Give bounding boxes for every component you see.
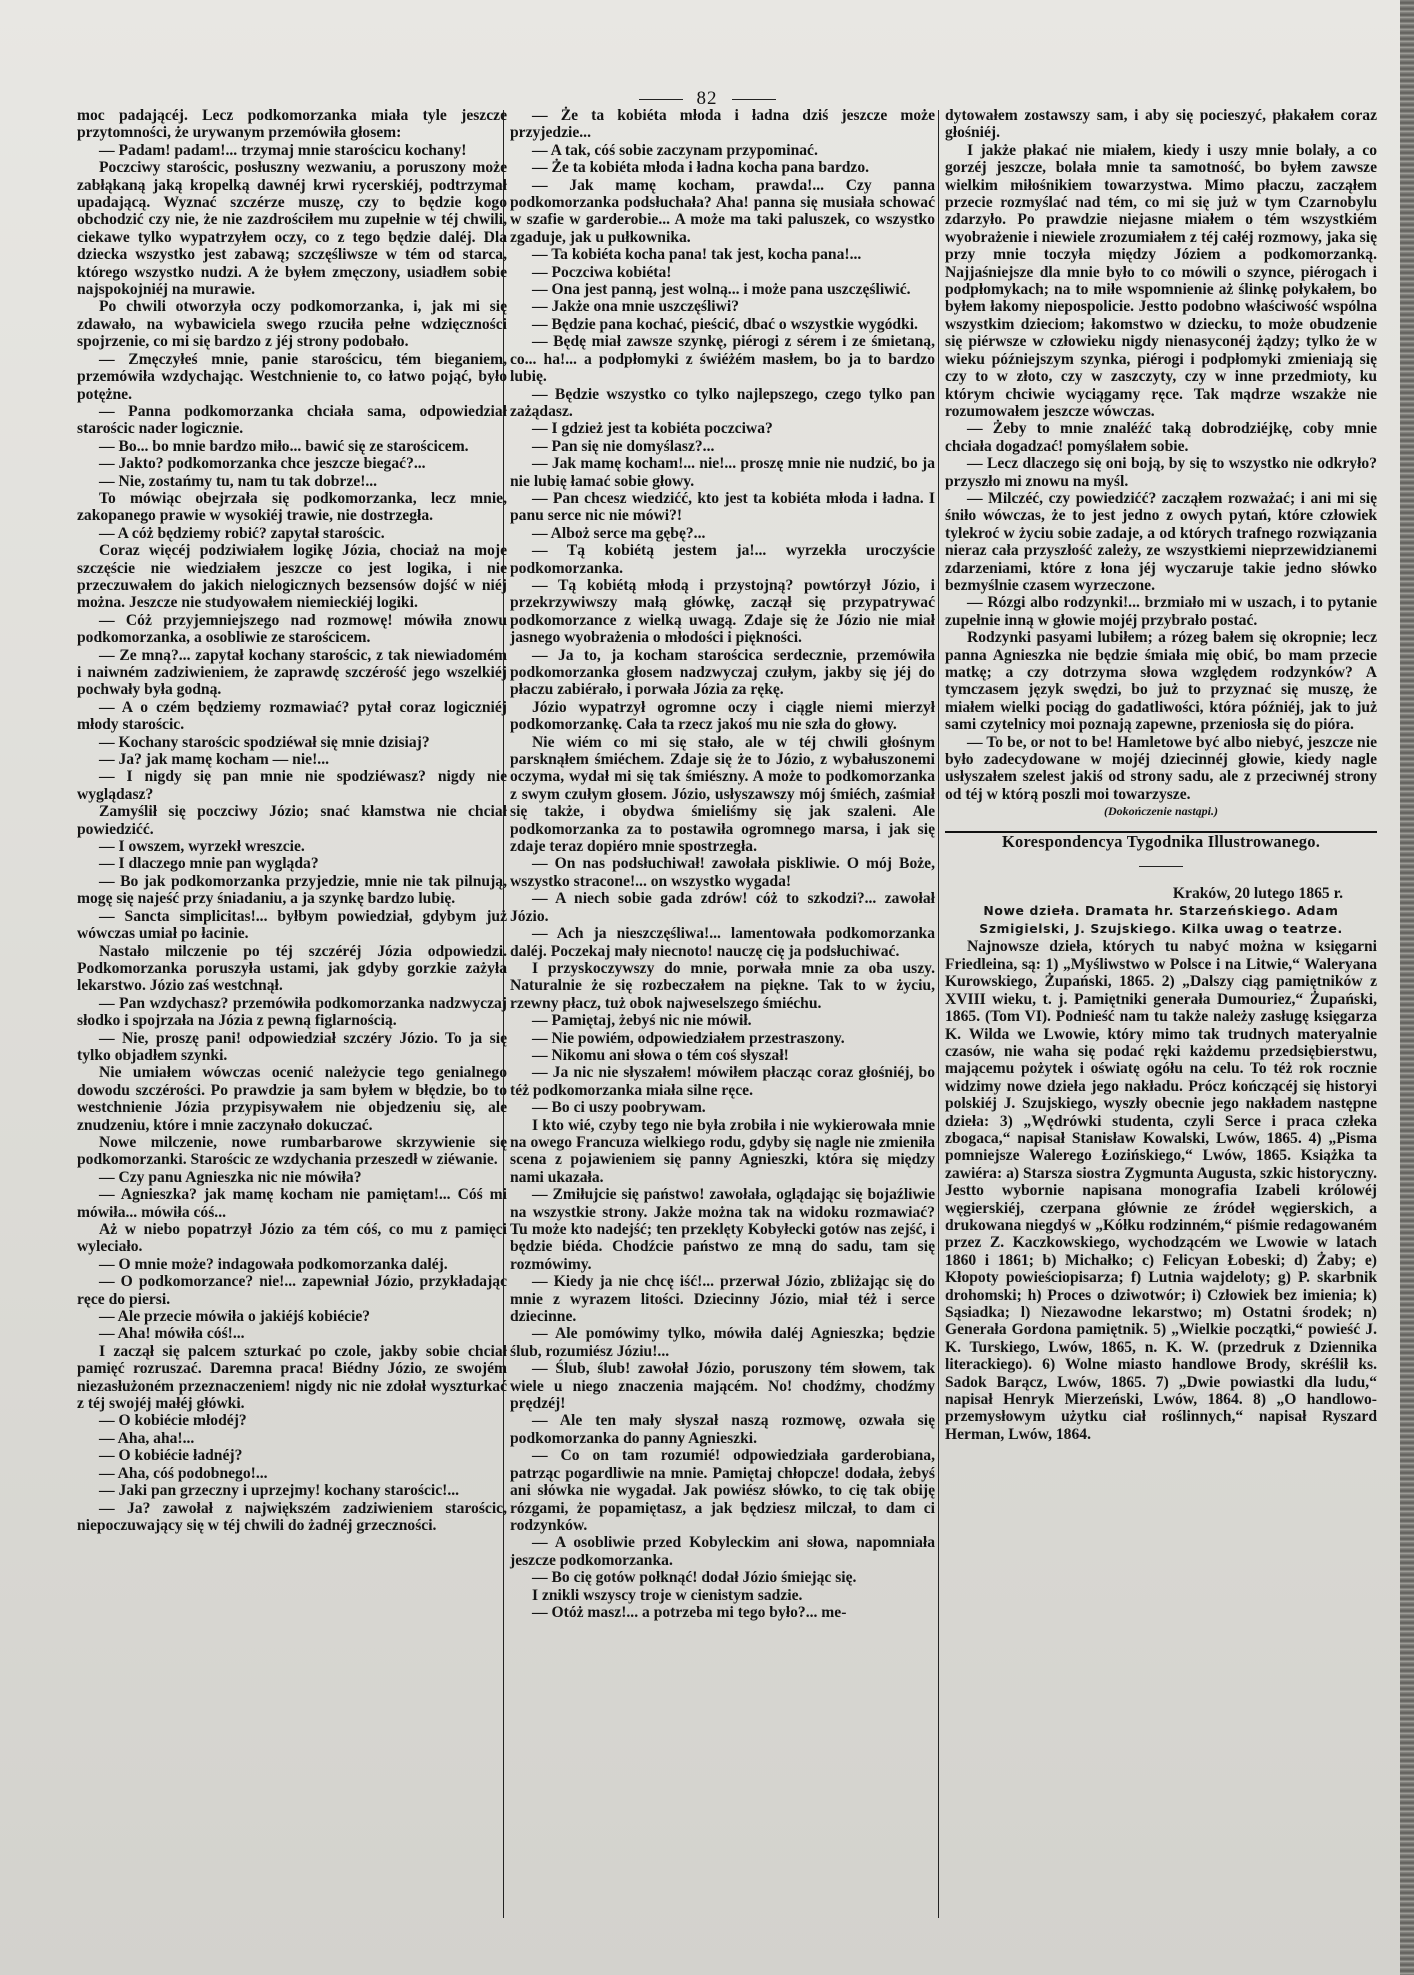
paragraph: — O podkomorzance? nie!... zapewniał Józ… <box>77 1273 507 1308</box>
page-number-value: 82 <box>697 88 718 109</box>
paragraph: Nie umiałem wówczas ocenić należycie teg… <box>77 1064 507 1134</box>
paragraph: — A osobliwie przed Kobyleckim ani słowa… <box>510 1534 935 1569</box>
paragraph: — Aha! mówiła cóś!... <box>77 1325 507 1342</box>
paragraph: — Czy panu Agnieszka nic nie mówiła? <box>77 1169 507 1186</box>
paragraph: I jakże płakać nie miałem, kiedy i uszy … <box>945 142 1377 421</box>
paragraph: — Nie powiém, odpowiedziałem przestraszo… <box>510 1030 935 1047</box>
paragraph: Poczciwy starościc, posłuszny wezwaniu, … <box>77 159 507 298</box>
paragraph: Po chwili otworzyła oczy podkomorzanka, … <box>77 298 507 350</box>
paragraph: — Nie, zostańmy tu, nam tu tak dobrze!..… <box>77 473 507 490</box>
paragraph: I zaczął się palcem szturkać po czole, j… <box>77 1343 507 1413</box>
paragraph: — O kobiécie młodéj? <box>77 1412 507 1429</box>
paragraph: — O kobiécie ładnéj? <box>77 1447 507 1464</box>
paragraph: — On nas podsłuchiwał! zawołała piskliwi… <box>510 855 935 890</box>
paragraph: Aż w niebo popatrzył Józio za tém cóś, c… <box>77 1221 507 1256</box>
paragraph: — Ja nic nie słyszałem! mówiłem płacząc … <box>510 1064 935 1099</box>
paragraph: — Milczéć, czy powiedzićć? zacząłem rozw… <box>945 490 1377 594</box>
paragraph: Nastało milczenie po téj szczéréj Józia … <box>77 943 507 995</box>
paragraph: — Pamiętaj, żebyś nic nie mówił. <box>510 1012 935 1029</box>
paragraph: — Rózgi albo rodzynki!... brzmiało mi w … <box>945 594 1377 629</box>
paragraph: — Jakże ona mnie uszczęśliwi? <box>510 298 935 315</box>
paragraph: — Ja? jak mamę kocham — nie!... <box>77 751 507 768</box>
column-3-story: dytowałem zostawszy sam, i aby się pocie… <box>945 107 1377 803</box>
paragraph: — A niech sobie gada zdrów! cóż to szkod… <box>510 890 935 925</box>
paragraph: — Tą kobiétą jestem ja!... wyrzekła uroc… <box>510 542 935 577</box>
paragraph: dytowałem zostawszy sam, i aby się pocie… <box>945 107 1377 142</box>
column-2: — Że ta kobiéta młoda i ładna dziś jeszc… <box>510 107 935 1621</box>
paragraph: — Nikomu ani słowa o tém coś słyszał! <box>510 1047 935 1064</box>
paragraph: Józio wypatrzył ogromne oczy i ciągle ni… <box>510 699 935 734</box>
paragraph: — To be, or not to be! Hamletowe być alb… <box>945 734 1377 804</box>
paragraph: — A cóż będziemy robić? zapytał starości… <box>77 525 507 542</box>
paragraph: — Ale przecie mówiła o jakiéjś kobiécie? <box>77 1308 507 1325</box>
paragraph: — Żeby to mnie znaléźć taką dobrodziéjkę… <box>945 420 1377 455</box>
paragraph: — I dlaczego mnie pan wygląda? <box>77 855 507 872</box>
paragraph: — Jaki pan grzeczny i uprzejmy! kochany … <box>77 1482 507 1499</box>
paragraph: — Ale ten mały słyszał naszą rozmowę, oz… <box>510 1412 935 1447</box>
paragraph: — Jakto? podkomorzanka chce jeszcze bieg… <box>77 455 507 472</box>
paragraph: — Otóż masz!... a potrzeba mi tego było?… <box>510 1604 935 1621</box>
binding-edge <box>1400 0 1414 1975</box>
paragraph: — Będę miał zawsze szynkę, piérogi z sér… <box>510 333 935 385</box>
column-rule-2 <box>938 110 939 1918</box>
column-3: dytowałem zostawszy sam, i aby się pocie… <box>945 107 1377 1443</box>
paragraph: — Jak mamę kocham!... nie!... proszę mni… <box>510 455 935 490</box>
continued-note: (Dokończenie nastąpi.) <box>945 803 1377 820</box>
paragraph: — Tą kobiétą młodą i przystojną? powtórz… <box>510 577 935 647</box>
paragraph: — Będzie pana kochać, pieścić, dbać o ws… <box>510 316 935 333</box>
paragraph: Zamyślił się poczciwy Józio; snać kłamst… <box>77 803 507 838</box>
paragraph: — Kochany starościc spodziéwał się mnie … <box>77 734 507 751</box>
paragraph: — Ach ja nieszczęśliwa!... lamentowała p… <box>510 925 935 960</box>
paragraph: I znikli wszyscy troje w cienistym sadzi… <box>510 1587 935 1604</box>
paragraph: — Lecz dlaczego się oni boją, by się to … <box>945 455 1377 490</box>
paragraph: — Nie, proszę pani! odpowiedział szczéry… <box>77 1030 507 1065</box>
paragraph: — Padam! padam!... trzymaj mnie starości… <box>77 142 507 159</box>
paragraph: — Będzie wszystko co tylko najlepszego, … <box>510 386 935 421</box>
section-body: Najnowsze dzieła, których tu nabyć można… <box>945 938 1377 1443</box>
paragraph: — A o czém będziemy rozmawiać? pytał cor… <box>77 699 507 734</box>
paragraph: — Ja? zawołał z największém zadziwieniem… <box>77 1500 507 1535</box>
paragraph: — Panna podkomorzanka chciała sama, odpo… <box>77 403 507 438</box>
dateline: Kraków, 20 lutego 1865 r. <box>945 885 1377 902</box>
paragraph: — Pan się nie domyślasz?... <box>510 438 935 455</box>
paragraph: — Ona jest panną, jest wolną... i może p… <box>510 281 935 298</box>
paragraph: — I gdzież jest ta kobiéta poczciwa? <box>510 420 935 437</box>
newspaper-page: 82 moc padającéj. Lecz podkomorzanka mia… <box>0 0 1414 1975</box>
paragraph: — Że ta kobiéta młoda i ładna kocha pana… <box>510 159 935 176</box>
paragraph: — I owszem, wyrzekł wreszcie. <box>77 838 507 855</box>
paragraph: — O mnie może? indagowała podkomorzanka … <box>77 1256 507 1273</box>
paragraph: Rodzynki pasyami lubiłem; a rózeg bałem … <box>945 629 1377 733</box>
paragraph: — Agnieszka? jak mamę kocham nie pamięta… <box>77 1186 507 1221</box>
paragraph: — Aha, cóś podobnego!... <box>77 1465 507 1482</box>
paragraph: — Ta kobiéta kocha pana! tak jest, kocha… <box>510 246 935 263</box>
paragraph: Coraz więcéj podziwiałem logikę Józia, c… <box>77 542 507 612</box>
section-title: Korespondencya Tygodnika Illustrowanego. <box>945 833 1377 850</box>
paragraph: — Bo jak podkomorzanka przyjedzie, mnie … <box>77 873 507 908</box>
paragraph: Nowe milczenie, nowe rumbarbarowe skrzyw… <box>77 1134 507 1169</box>
paragraph: — Zmęczyłeś mnie, panie starościcu, tém … <box>77 351 507 403</box>
paragraph: — Co on tam rozumié! odpowiedziała garde… <box>510 1447 935 1534</box>
title-rule <box>1139 866 1183 867</box>
paragraph: — Zmiłujcie się państwo! zawołała, ogląd… <box>510 1186 935 1273</box>
paragraph: To mówiąc obejrzała się podkomorzanka, l… <box>77 490 507 525</box>
paragraph: — Cóż przyjemniejszego nad rozmowę! mówi… <box>77 612 507 647</box>
paragraph: — Ale pomówimy tylko, mówiła daléj Agnie… <box>510 1325 935 1360</box>
paragraph: — Kiedy ja nie chcę iść!... przerwał Józ… <box>510 1273 935 1325</box>
paragraph: — Ślub, ślub! zawołał Józio, poruszony t… <box>510 1360 935 1412</box>
paragraph: — Pan wzdychasz? przemówiła podkomorzank… <box>77 995 507 1030</box>
column-1: moc padającéj. Lecz podkomorzanka miała … <box>77 107 507 1534</box>
paragraph: moc padającéj. Lecz podkomorzanka miała … <box>77 107 507 142</box>
paragraph: I przyskoczywszy do mnie, porwała mnie z… <box>510 960 935 1012</box>
paragraph: — Sancta simplicitas!... byłbym powiedzi… <box>77 908 507 943</box>
paragraph: — Aha, aha!... <box>77 1430 507 1447</box>
paragraph: — Że ta kobiéta młoda i ładna dziś jeszc… <box>510 107 935 142</box>
paragraph: — Alboż serce ma gębę?... <box>510 525 935 542</box>
paragraph: — Pan chcesz wiedzićć, kto jest ta kobié… <box>510 490 935 525</box>
paragraph: — Ja to, ja kocham starościca serdecznie… <box>510 647 935 699</box>
paragraph: — Bo... bo mnie bardzo miło... bawić się… <box>77 438 507 455</box>
paragraph: I kto wié, czyby tego nie była zrobiła i… <box>510 1117 935 1187</box>
paragraph: Nie wiém co mi się stało, ale w téj chwi… <box>510 734 935 856</box>
paragraph: — A tak, cóś sobie zaczynam przypominać. <box>510 142 935 159</box>
paragraph: — Jak mamę kocham, prawda!... Czy panna … <box>510 177 935 247</box>
paragraph: — Bo cię gotów połknąć! dodał Józio śmie… <box>510 1569 935 1586</box>
paragraph: — Poczciwa kobiéta! <box>510 264 935 281</box>
paragraph: — I nigdy się pan mnie nie spodziéwasz? … <box>77 768 507 803</box>
paragraph: — Bo ci uszy poobrywam. <box>510 1099 935 1116</box>
paragraph: — Ze mną?... zapytał kochany starościc, … <box>77 647 507 699</box>
section-subheads: Nowe dzieła. Dramata hr. Starzeńskiego. … <box>945 902 1377 938</box>
page-number-dash-left <box>639 99 683 100</box>
page-number-dash-right <box>732 99 776 100</box>
